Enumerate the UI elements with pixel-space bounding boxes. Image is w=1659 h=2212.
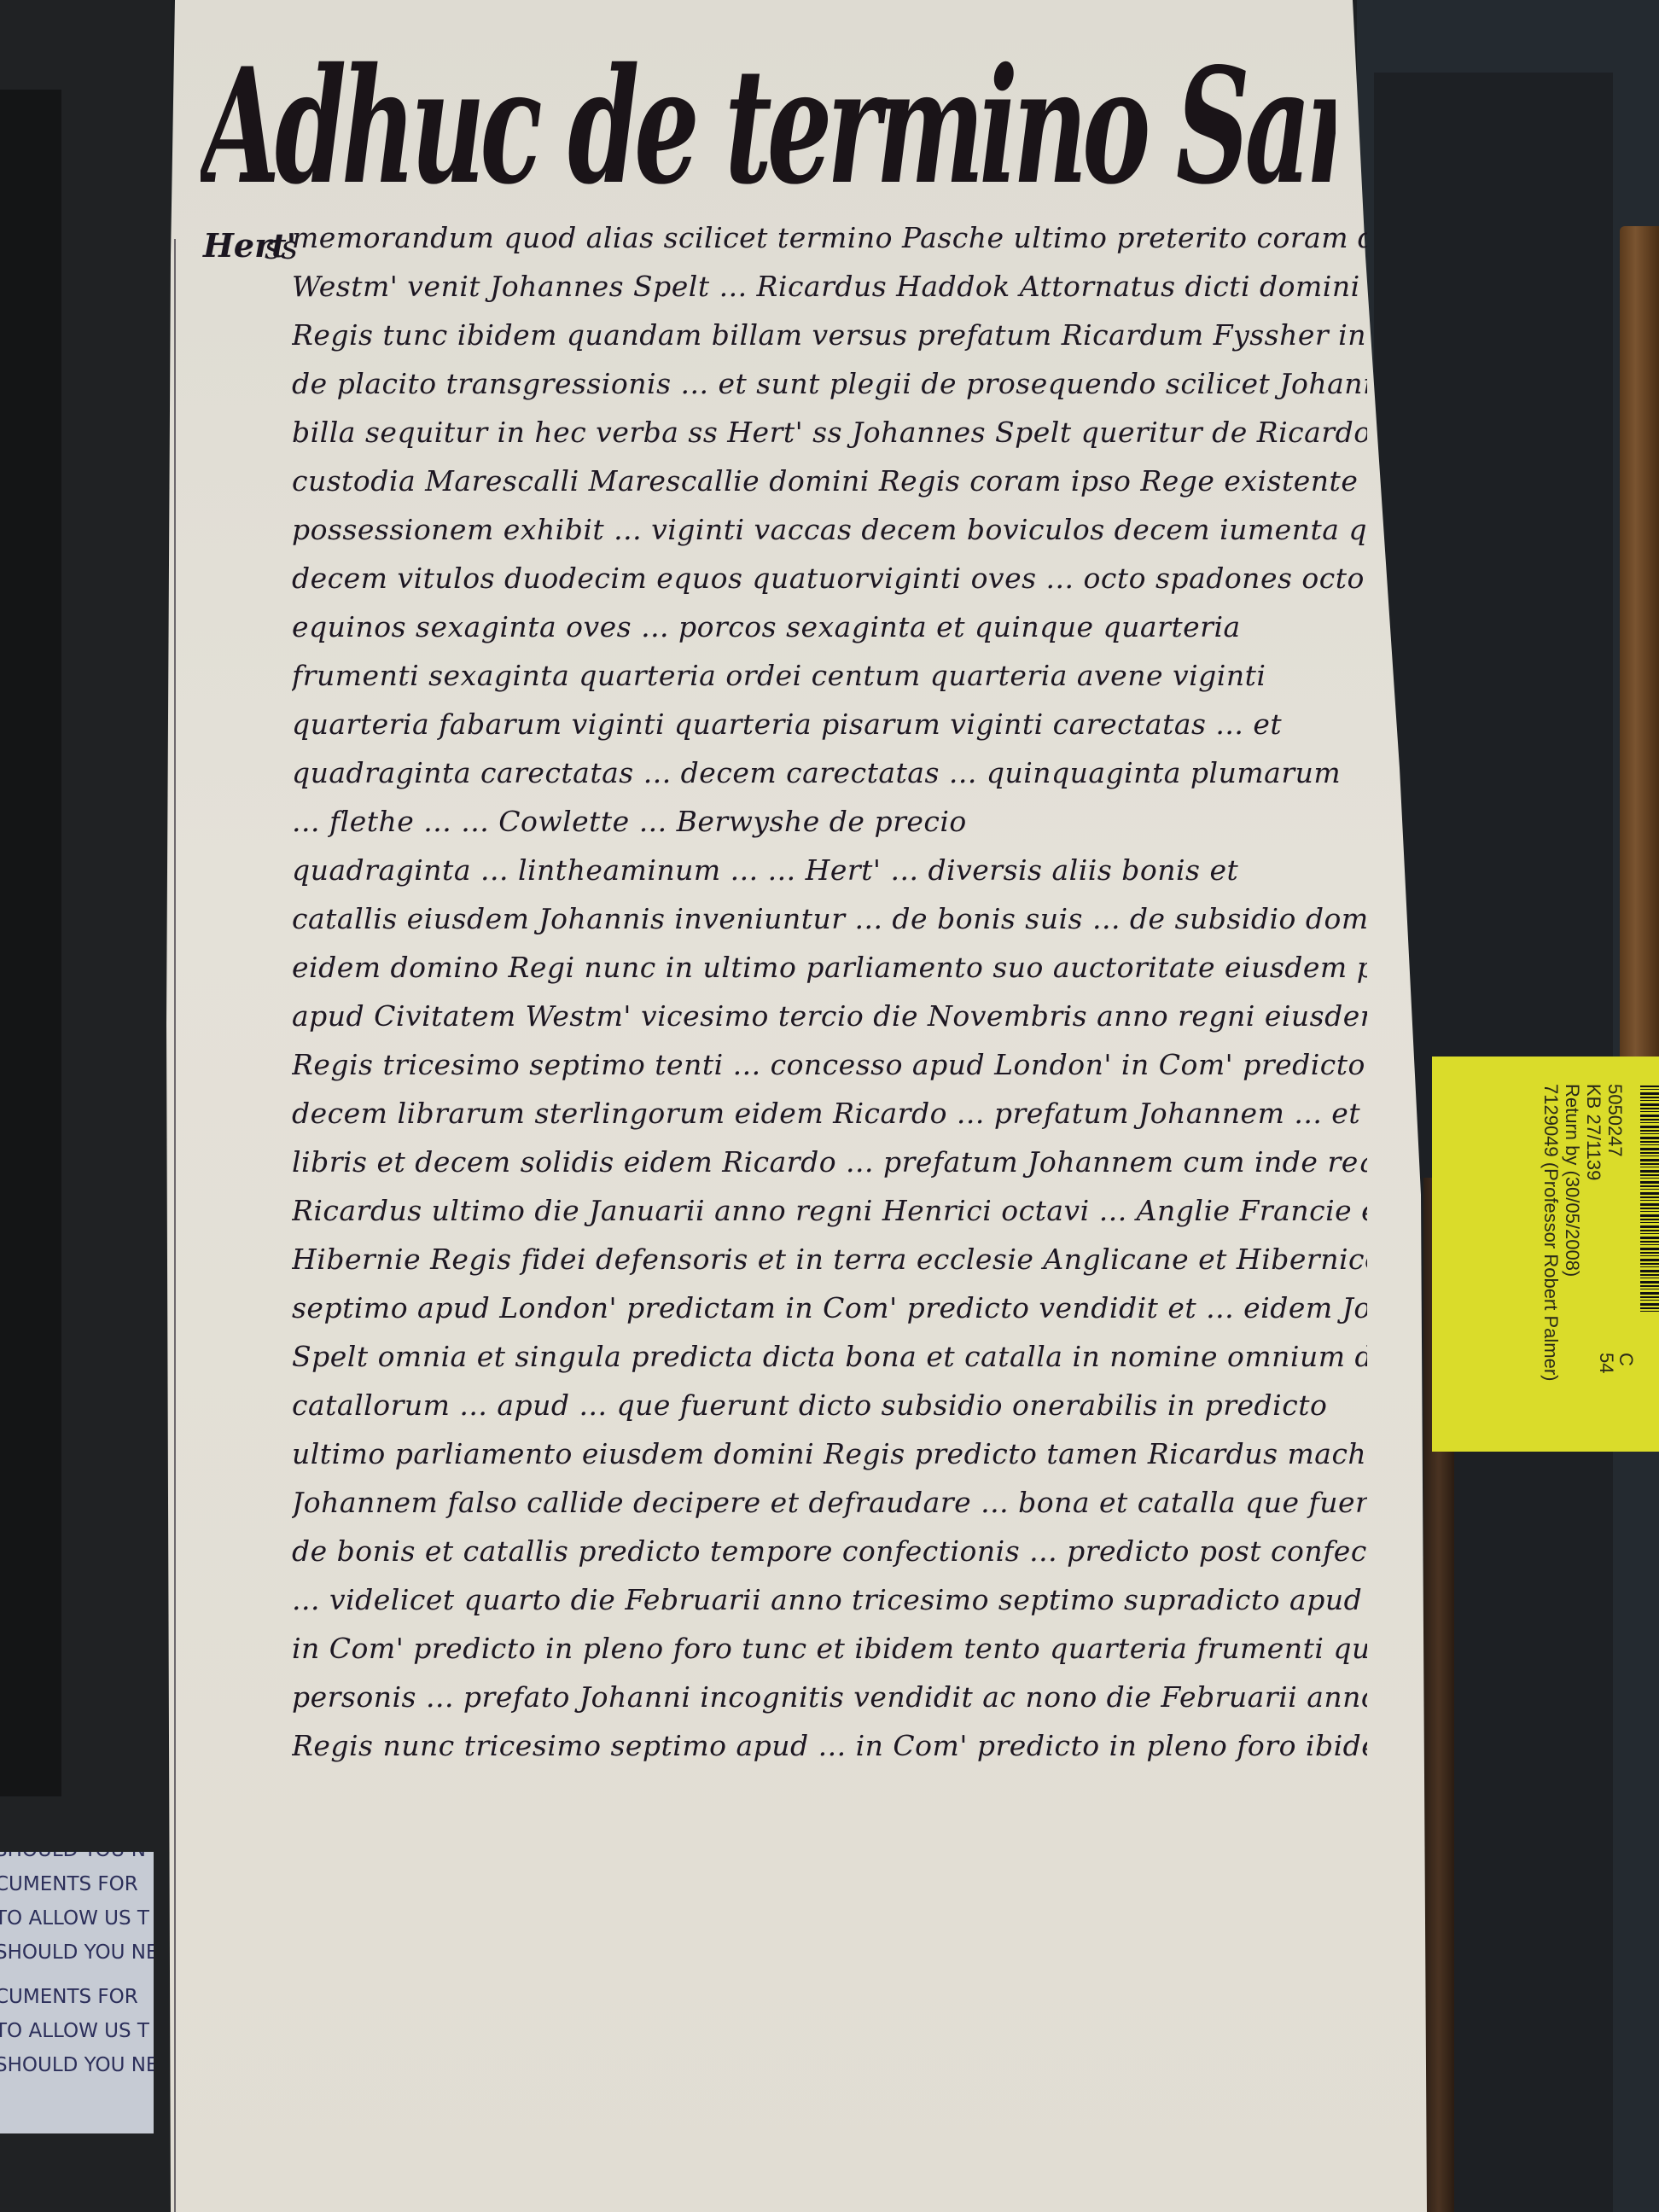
manuscript-line: personis ... prefato Johanni incognitis … xyxy=(292,1673,1367,1721)
manuscript-text-block: memorandum quod alias scilicet termino P… xyxy=(292,213,1367,1770)
manuscript-line: decem librarum sterlingorum eidem Ricard… xyxy=(292,1089,1367,1138)
notice-line: SHOULD YOU NE xyxy=(0,2048,154,2082)
slip-reference: KB 27/1139 xyxy=(1583,1084,1604,1382)
manuscript-line: de bonis et catallis predicto tempore co… xyxy=(292,1527,1367,1575)
manuscript-line: equinos sexaginta oves ... porcos sexagi… xyxy=(292,602,1367,651)
manuscript-line: frumenti sexaginta quarteria ordei centu… xyxy=(292,651,1367,700)
manuscript-line: quarteria fabarum viginti quarteria pisa… xyxy=(292,700,1367,748)
manuscript-line: quadraginta ... lintheaminum ... ... Her… xyxy=(292,846,1367,894)
manuscript-line: Johannem falso callide decipere et defra… xyxy=(292,1478,1367,1527)
manuscript-line: catallis eiusdem Johannis inveniuntur ..… xyxy=(292,894,1367,943)
manuscript-line: custodia Marescalli Marescallie domini R… xyxy=(292,457,1367,505)
notice-card: SHOULD YOU N CUMENTS FOR TO ALLOW US T S… xyxy=(0,1852,154,2133)
manuscript-line: catallorum ... apud ... que fuerunt dict… xyxy=(292,1381,1367,1429)
wooden-book-edge xyxy=(1620,226,1659,1058)
notice-line: TO ALLOW US T xyxy=(0,1901,154,1935)
notice-line: CUMENTS FOR xyxy=(0,1867,154,1901)
notice-line: SHOULD YOU N xyxy=(0,1852,154,1867)
manuscript-line: Spelt omnia et singula predicta dicta bo… xyxy=(292,1332,1367,1381)
manuscript-line: quadraginta carectatas ... decem carecta… xyxy=(292,748,1367,797)
manuscript-line: in Com' predicto in pleno foro tunc et i… xyxy=(292,1624,1367,1673)
slip-return-by: Return by (30/05/2008) xyxy=(1562,1084,1583,1382)
manuscript-line: Hibernie Regis fidei defensoris et in te… xyxy=(292,1235,1367,1284)
manuscript-line: eidem domino Regi nunc in ultimo parliam… xyxy=(292,943,1367,992)
notice-line: CUMENTS FOR xyxy=(0,1980,154,2014)
barcode-icon xyxy=(1640,1086,1659,1312)
slip-barcode-number: 5050247 xyxy=(1604,1084,1626,1382)
manuscript-line: Regis tricesimo septimo tenti ... conces… xyxy=(292,1040,1367,1089)
notice-line: SHOULD YOU NE xyxy=(0,1935,154,1970)
manuscript-line: ... flethe ... ... Cowlette ... Berwyshe… xyxy=(292,797,1367,846)
manuscript-line: possessionem exhibit ... viginti vaccas … xyxy=(292,505,1367,554)
slip-text-block: 5050247 KB 27/1139 Return by (30/05/2008… xyxy=(1540,1084,1626,1382)
manuscript-line: decem vitulos duodecim equos quatuorvigi… xyxy=(292,554,1367,602)
slip-reader: 7129049 (Professor Robert Palmer) xyxy=(1540,1084,1562,1382)
manuscript-line: Westm' venit Johannes Spelt ... Ricardus… xyxy=(292,262,1367,311)
slip-side-code: C xyxy=(1615,1353,1637,1366)
manuscript-line: Regis nunc tricesimo septimo apud ... in… xyxy=(292,1721,1367,1770)
manuscript-line: apud Civitatem Westm' vicesimo tercio di… xyxy=(292,992,1367,1040)
manuscript-line: Ricardus ultimo die Januarii anno regni … xyxy=(292,1186,1367,1235)
manuscript-line: libris et decem solidis eidem Ricardo ..… xyxy=(292,1138,1367,1186)
manuscript-line: memorandum quod alias scilicet termino P… xyxy=(292,213,1367,262)
manuscript-line: billa sequitur in hec verba ss Hert' ss … xyxy=(292,408,1367,457)
background-left-panel xyxy=(0,90,61,1796)
notice-line: TO ALLOW US T xyxy=(0,2014,154,2048)
manuscript-line: ultimo parliamento eiusdem domini Regis … xyxy=(292,1429,1367,1478)
left-margin-ruling xyxy=(174,239,176,2212)
manuscript-line: ... videlicet quarto die Februarii anno … xyxy=(292,1575,1367,1624)
manuscript-line: septimo apud London' predictam in Com' p… xyxy=(292,1284,1367,1332)
manuscript-line: de placito transgressionis ... et sunt p… xyxy=(292,359,1367,408)
manuscript-line: Regis tunc ibidem quandam billam versus … xyxy=(292,311,1367,359)
